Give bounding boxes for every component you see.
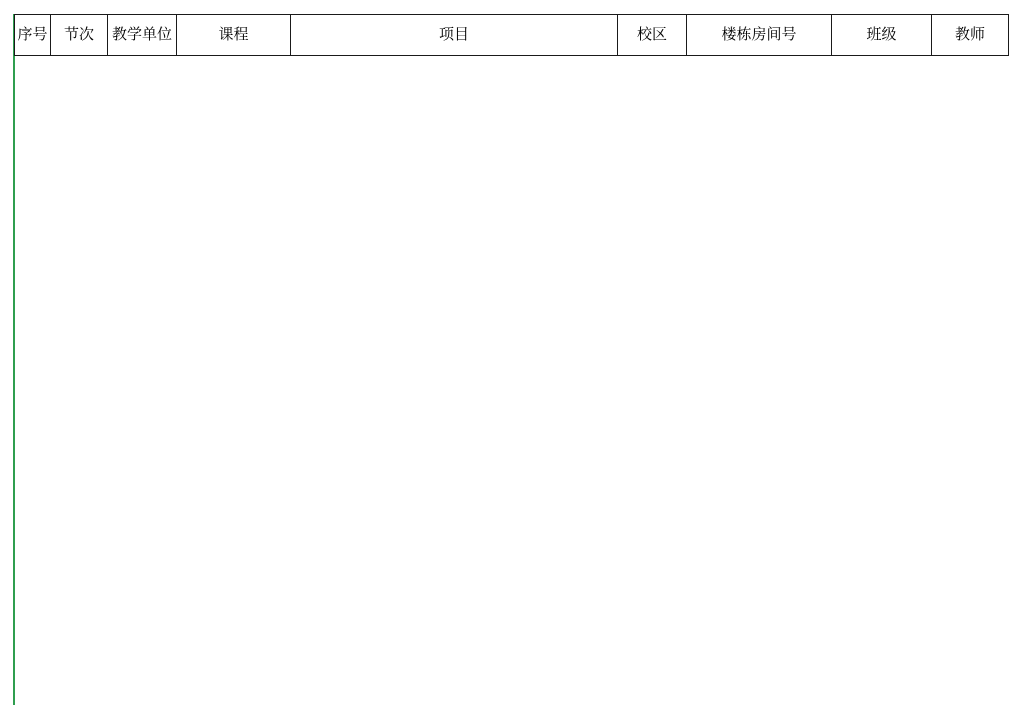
page-boundary-line bbox=[13, 14, 15, 705]
column-header[interactable]: 班级 bbox=[832, 15, 932, 56]
column-header[interactable]: 教学单位 bbox=[108, 15, 177, 56]
column-header[interactable]: 节次 bbox=[51, 15, 108, 56]
column-header[interactable]: 项目 bbox=[291, 15, 618, 56]
column-header[interactable]: 校区 bbox=[618, 15, 687, 56]
column-header[interactable]: 教师 bbox=[932, 15, 1009, 56]
column-header[interactable]: 楼栋房间号 bbox=[687, 15, 832, 56]
column-header[interactable]: 序号 bbox=[15, 15, 51, 56]
header-row: 序号节次教学单位课程项目校区楼栋房间号班级教师 bbox=[15, 15, 1009, 56]
schedule-table: 序号节次教学单位课程项目校区楼栋房间号班级教师 bbox=[14, 14, 1009, 56]
sheet: 序号节次教学单位课程项目校区楼栋房间号班级教师 bbox=[14, 14, 1009, 56]
column-header[interactable]: 课程 bbox=[177, 15, 291, 56]
